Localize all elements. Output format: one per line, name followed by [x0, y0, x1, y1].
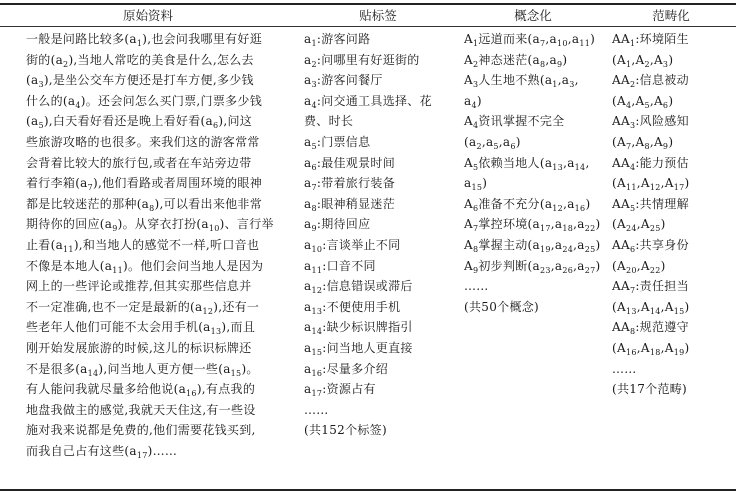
cell-line: 都是比较迷茫的那种(a8),可以看出来他非常 [26, 194, 291, 215]
cell-line: 着行李箱(a7),他们看路或者周围环境的眼神 [26, 173, 291, 194]
cell-line: a10:言谈举止不同 [304, 235, 454, 256]
column-labels: a1:游客问路a2:问哪里有好逛街的a3:游客问餐厅a4:问交通工具选择、花费、… [304, 29, 454, 441]
cell-line: 费、时长 [304, 111, 454, 132]
cell-line: (a3),是坐公交车方便还是打车方便,多少钱 [26, 70, 291, 91]
cell-line: a9:期待回应 [304, 214, 454, 235]
cell-line: 止看(a11),和当地人的感觉不一样,听口音也 [26, 235, 291, 256]
cell-line: 有人能问我就尽量多给他说(a16),有点我的 [26, 379, 291, 400]
cell-line: 地盘我做主的感觉,我就天天住这,有一些设 [26, 400, 291, 421]
cell-line: a2:问哪里有好逛街的 [304, 50, 454, 71]
cell-line: 而我自己占有这些(a17)…… [26, 441, 291, 462]
cell-line: a3:游客问餐厅 [304, 70, 454, 91]
cell-line: a13:不便使用手机 [304, 297, 454, 318]
cell-line: 不像是本地人(a11)。他们会问当地人是因为 [26, 256, 291, 277]
cell-line: 什么的(a4)。还会问怎么买门票,门票多少钱 [26, 91, 291, 112]
table-bottom-rule [0, 489, 736, 491]
cell-line: AA2:信息被动 [612, 70, 732, 91]
header-labeling: 贴标签 [296, 7, 460, 24]
cell-line: AA1:环境陌生 [612, 29, 732, 50]
cell-line: AA7:责任担当 [612, 276, 732, 297]
cell-line: A1远道而来(a7,a10,a11) [464, 29, 604, 50]
cell-line: a5:门票信息 [304, 132, 454, 153]
cell-line: A6准备不充分(a12,a16) [464, 194, 604, 215]
header-raw-data: 原始资料 [0, 7, 296, 24]
cell-line: (共152个标签) [304, 420, 454, 441]
cell-line: (A16,A18,A19) [612, 338, 732, 359]
cell-line: a16:尽量多介绍 [304, 359, 454, 380]
cell-line: A4资讯掌握不完全 [464, 111, 604, 132]
cell-line: A5依赖当地人(a13,a14, [464, 153, 604, 174]
cell-line: …… [304, 400, 454, 421]
cell-line: (A20,A22) [612, 256, 732, 277]
cell-line: …… [612, 359, 732, 380]
cell-line: 些老年人他们可能不太会用手机(a13),而且 [26, 317, 291, 338]
column-categories: AA1:环境陌生(A1,A2,A3)AA2:信息被动(A4,A5,A6)AA3:… [612, 29, 732, 400]
header-conceptualization: 概念化 [460, 7, 606, 24]
cell-line: (A1,A2,A3) [612, 50, 732, 71]
cell-line: …… [464, 276, 604, 297]
cell-line: a7:带着旅行装备 [304, 173, 454, 194]
cell-line: 会背着比较大的旅行包,或者在车站旁边带 [26, 153, 291, 174]
cell-line: (a5),白天看好看还是晚上看好看(a6),问这 [26, 111, 291, 132]
cell-line: 刚开始发展旅游的时候,这儿的标识标牌还 [26, 338, 291, 359]
cell-line: AA6:共享身份 [612, 235, 732, 256]
cell-line: a8:眼神稍显迷茫 [304, 194, 454, 215]
cell-line: (A11,A12,A17) [612, 173, 732, 194]
cell-line: a15:问当地人更直接 [304, 338, 454, 359]
header-rule [0, 26, 736, 27]
cell-line: AA5:共情理解 [612, 194, 732, 215]
cell-line: a15) [464, 173, 604, 194]
cell-line: a17:资源占有 [304, 379, 454, 400]
cell-line: a14:缺少标识牌指引 [304, 317, 454, 338]
cell-line: 些旅游攻略的也很多。来我们这的游客常常 [26, 132, 291, 153]
cell-line: (A7,A8,A9) [612, 132, 732, 153]
cell-line: 不是很多(a14),问当地人更方便一些(a15)。 [26, 359, 291, 380]
cell-line: a6:最佳观景时间 [304, 153, 454, 174]
column-concepts: A1远道而来(a7,a10,a11)A2神态迷茫(a8,a9)A3人生地不熟(a… [464, 29, 604, 317]
cell-line: (A4,A5,A6) [612, 91, 732, 112]
cell-line: 网上的一些评论或推荐,但其实那些信息并 [26, 276, 291, 297]
cell-line: AA8:规范遵守 [612, 317, 732, 338]
cell-line: (A24,A25) [612, 214, 732, 235]
cell-line: AA3:风险感知 [612, 111, 732, 132]
cell-line: A9初步判断(a23,a26,a27) [464, 256, 604, 277]
cell-line: a4) [464, 91, 604, 112]
cell-line: a1:游客问路 [304, 29, 454, 50]
cell-line: (共17个范畴) [612, 379, 732, 400]
cell-line: A2神态迷茫(a8,a9) [464, 50, 604, 71]
cell-line: A3人生地不熟(a1,a3, [464, 70, 604, 91]
cell-line: a11:口音不同 [304, 256, 454, 277]
cell-line: 街的(a2),当地人常吃的美食是什么,怎么去 [26, 50, 291, 71]
header-categorization: 范畴化 [606, 7, 736, 24]
cell-line: (A13,A14,A15) [612, 297, 732, 318]
column-raw-data: 一般是问路比较多(a1),也会问我哪里有好逛街的(a2),当地人常吃的美食是什么… [26, 29, 291, 461]
cell-line: (a2,a5,a6) [464, 132, 604, 153]
cell-line: 不一定准确,也不一定是最新的(a12),还有一 [26, 297, 291, 318]
cell-line: 施对我来说都是免费的,他们需要花钱买到, [26, 420, 291, 441]
table-top-rule [0, 3, 736, 5]
cell-line: A8掌握主动(a19,a24,a25) [464, 235, 604, 256]
cell-line: (共50个概念) [464, 297, 604, 318]
cell-line: 一般是问路比较多(a1),也会问我哪里有好逛 [26, 29, 291, 50]
cell-line: 期待你的回应(a9)。从穿衣打扮(a10)、言行举 [26, 214, 291, 235]
cell-line: A7掌控环境(a17,a18,a22) [464, 214, 604, 235]
cell-line: a4:问交通工具选择、花 [304, 91, 454, 112]
cell-line: a12:信息错误或滞后 [304, 276, 454, 297]
cell-line: AA4:能力预估 [612, 153, 732, 174]
